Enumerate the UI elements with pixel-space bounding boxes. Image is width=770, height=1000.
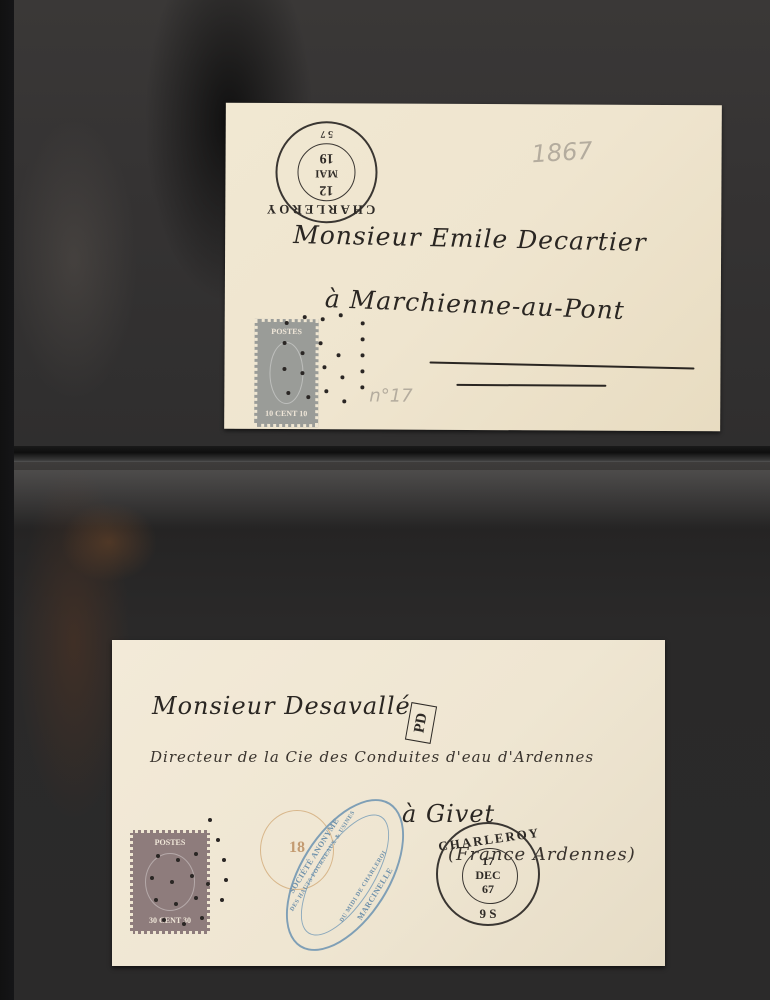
charleroy-postmark-december: CHARLEROY 17 DEC 67 9 S: [436, 822, 540, 926]
dotted-numeral-cancel: [136, 814, 236, 934]
address-line-1: Monsieur Emile Decartier: [293, 220, 647, 257]
address-line-2: Directeur de la Cie des Conduites d'eau …: [150, 748, 594, 766]
charleroy-postmark-may: CHARLEROY 12 MAI 19 5 7: [275, 121, 378, 224]
pencil-year-note: 1867: [531, 137, 594, 169]
ink-underline: [456, 384, 606, 387]
pd-boxed-mark: PD: [405, 702, 437, 744]
postal-cover-1867-may: CHARLEROY 12 MAI 19 5 7 1867 Monsieur Em…: [224, 103, 722, 432]
album-page: CHARLEROY 12 MAI 19 5 7 1867 Monsieur Em…: [0, 0, 770, 1000]
ink-underline: [429, 361, 694, 369]
postal-cover-1867-december: Monsieur Desavallé Directeur de la Cie d…: [112, 640, 665, 966]
sleeve-divider-strip: [14, 446, 770, 462]
address-line-1: Monsieur Desavallé: [152, 692, 411, 720]
sleeve-glare: [14, 470, 770, 530]
dotted-numeral-cancel: [262, 311, 383, 422]
